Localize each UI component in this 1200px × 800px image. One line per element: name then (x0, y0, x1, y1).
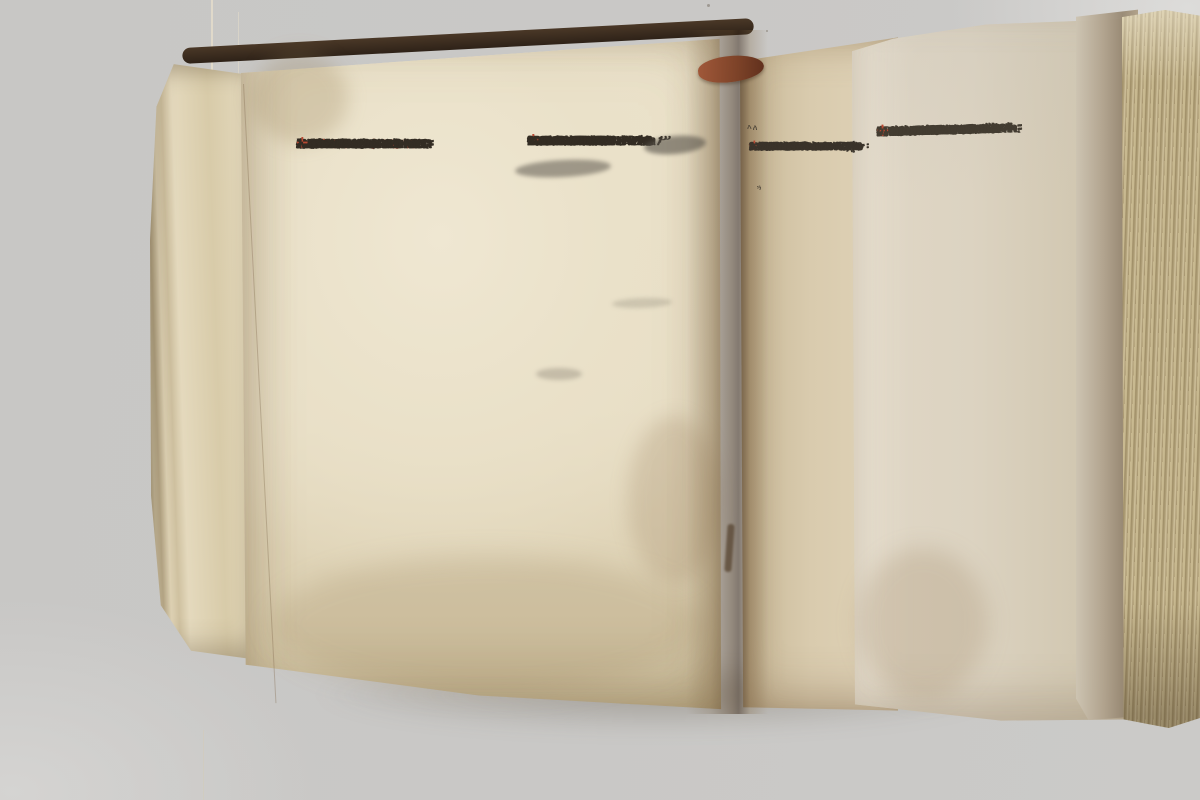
manuscript-photo: ወእለ፡የሐውሩ፡በፍናዊሁ✛ብፁዕ፡ብእሲ፡ዘይትእመን፡በረድኤቲ፡ጸሎትኪ… (0, 0, 1200, 800)
fore-edge-page-block (1122, 10, 1200, 728)
parchment-stain (858, 548, 988, 698)
interlinear-gloss: ጓ (757, 183, 762, 193)
interlinear-gloss: እለ (747, 123, 758, 133)
hanging-thread-bottom (203, 730, 204, 800)
ink-smudge (536, 368, 582, 380)
parchment-stain (272, 556, 702, 692)
dust-speck (707, 4, 710, 7)
